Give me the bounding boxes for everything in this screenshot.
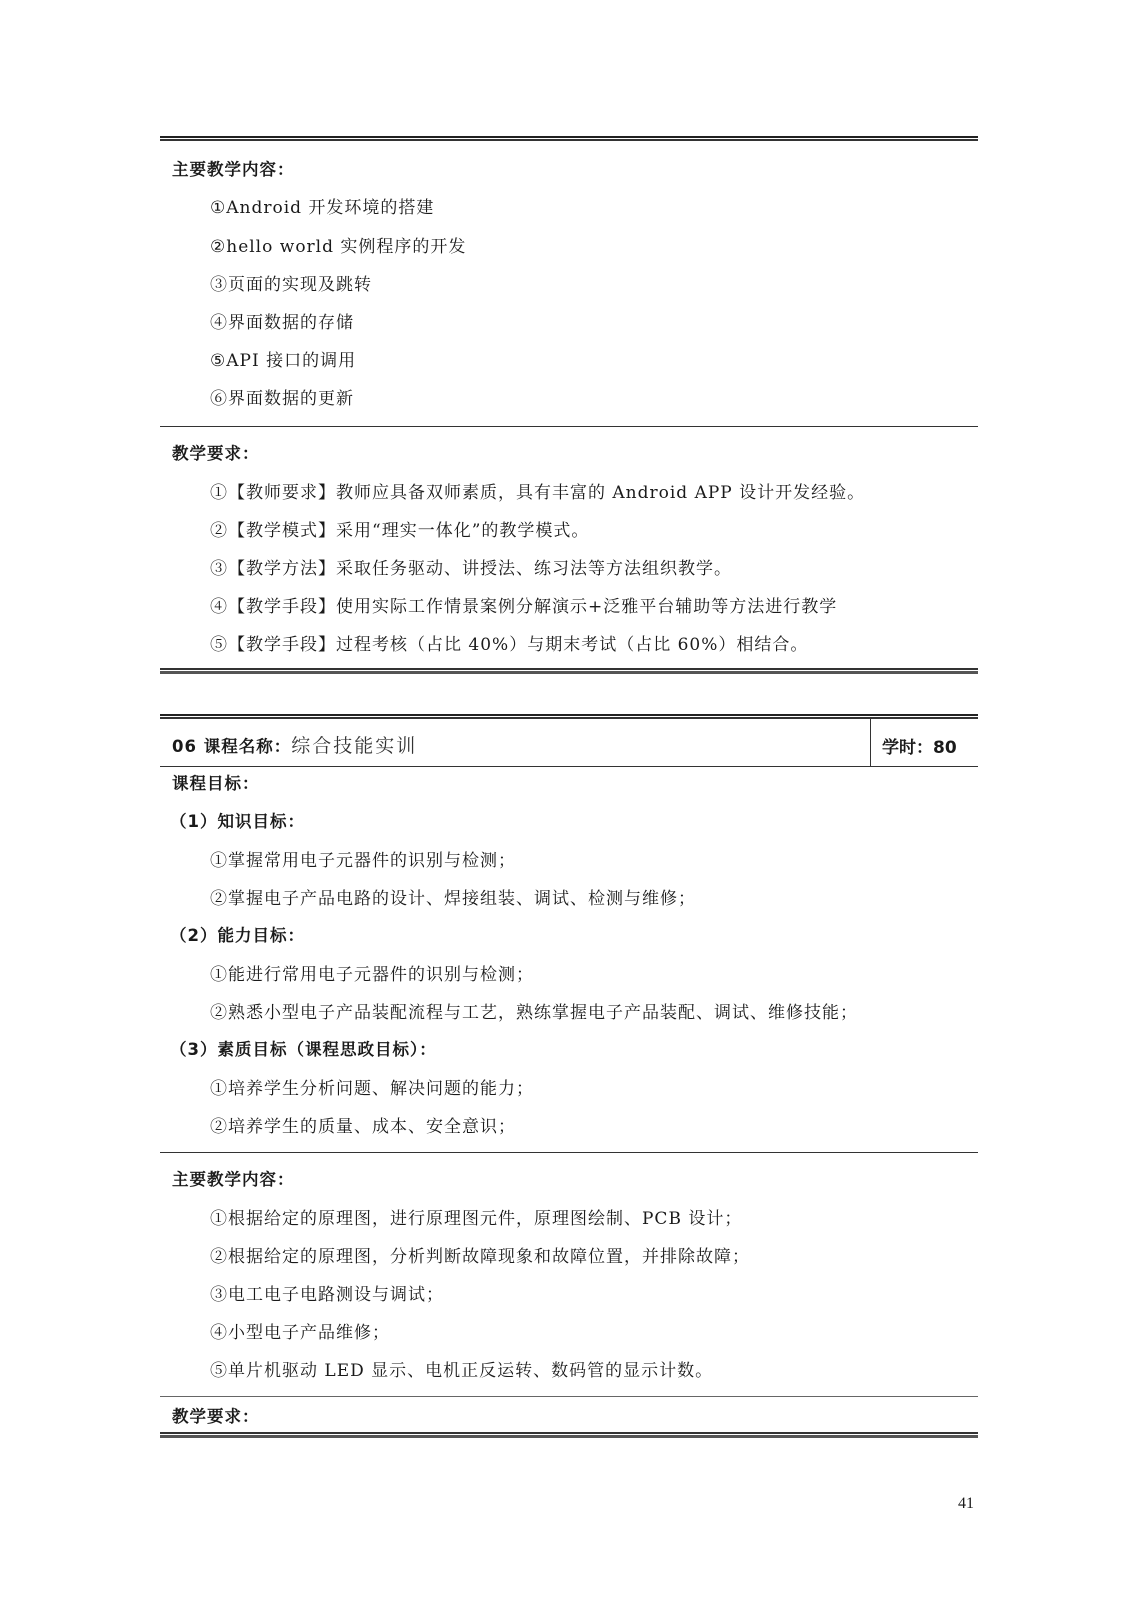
requirement-item: ②【教学模式】采用“理实一体化”的教学模式。 — [210, 516, 589, 541]
requirements-heading: 教学要求： — [172, 1403, 260, 1427]
page-number: 41 — [958, 1495, 974, 1513]
quality-item: ②培养学生的质量、成本、安全意识； — [210, 1112, 516, 1137]
course-number-label: 06 课程名称： — [172, 737, 291, 756]
objectives-heading: 课程目标： — [172, 770, 260, 794]
course-title: 06 课程名称：综合技能实训 — [172, 731, 417, 758]
knowledge-item: ①掌握常用电子元器件的识别与检测； — [210, 846, 516, 871]
title-row-divider — [160, 766, 978, 767]
ability-heading: （2）能力目标： — [170, 922, 305, 946]
quality-heading: （3）素质目标（课程思政目标）： — [170, 1036, 437, 1060]
course-hours: 学时：80 — [882, 733, 957, 758]
requirements-heading: 教学要求： — [172, 440, 260, 464]
quality-item: ①培养学生分析问题、解决问题的能力； — [210, 1074, 534, 1099]
table-top-border — [160, 136, 978, 141]
section-divider — [160, 1152, 978, 1153]
content-item: ①Android 开发环境的搭建 — [210, 193, 434, 218]
content-item: ④小型电子产品维修； — [210, 1318, 390, 1343]
ability-item: ①能进行常用电子元器件的识别与检测； — [210, 960, 534, 985]
requirement-item: ③【教学方法】采取任务驱动、讲授法、练习法等方法组织教学。 — [210, 554, 732, 579]
section-divider — [160, 1396, 978, 1397]
knowledge-heading: （1）知识目标： — [170, 808, 305, 832]
content-item: ⑤单片机驱动 LED 显示、电机正反运转、数码管的显示计数。 — [210, 1356, 713, 1381]
content-heading: 主要教学内容： — [172, 156, 295, 180]
content-item: ②hello world 实例程序的开发 — [210, 232, 466, 257]
course-table-bottom-border — [160, 1432, 978, 1438]
content-item: ⑤API 接口的调用 — [210, 346, 356, 371]
content-item: ③电工电子电路测设与调试； — [210, 1280, 444, 1305]
content-item: ①根据给定的原理图，进行原理图元件，原理图绘制、PCB 设计； — [210, 1204, 742, 1229]
section-divider — [160, 426, 978, 427]
course-table-top-border — [160, 714, 978, 719]
content-item: ⑥界面数据的更新 — [210, 384, 354, 409]
course-name: 综合技能实训 — [291, 735, 417, 757]
requirement-item: ①【教师要求】教师应具备双师素质，具有丰富的 Android APP 设计开发经… — [210, 478, 865, 503]
cell-divider — [870, 718, 871, 766]
requirement-item: ⑤【教学手段】过程考核（占比 40%）与期末考试（占比 60%）相结合。 — [210, 630, 808, 655]
table-bottom-border — [160, 668, 978, 674]
content-item: ②根据给定的原理图，分析判断故障现象和故障位置，并排除故障； — [210, 1242, 750, 1267]
content-item: ④界面数据的存储 — [210, 308, 354, 333]
knowledge-item: ②掌握电子产品电路的设计、焊接组装、调试、检测与维修； — [210, 884, 696, 909]
ability-item: ②熟悉小型电子产品装配流程与工艺，熟练掌握电子产品装配、调试、维修技能； — [210, 998, 858, 1023]
requirement-item: ④【教学手段】使用实际工作情景案例分解演示+泛雅平台辅助等方法进行教学 — [210, 592, 837, 617]
content-item: ③页面的实现及跳转 — [210, 270, 372, 295]
content-heading: 主要教学内容： — [172, 1166, 295, 1190]
